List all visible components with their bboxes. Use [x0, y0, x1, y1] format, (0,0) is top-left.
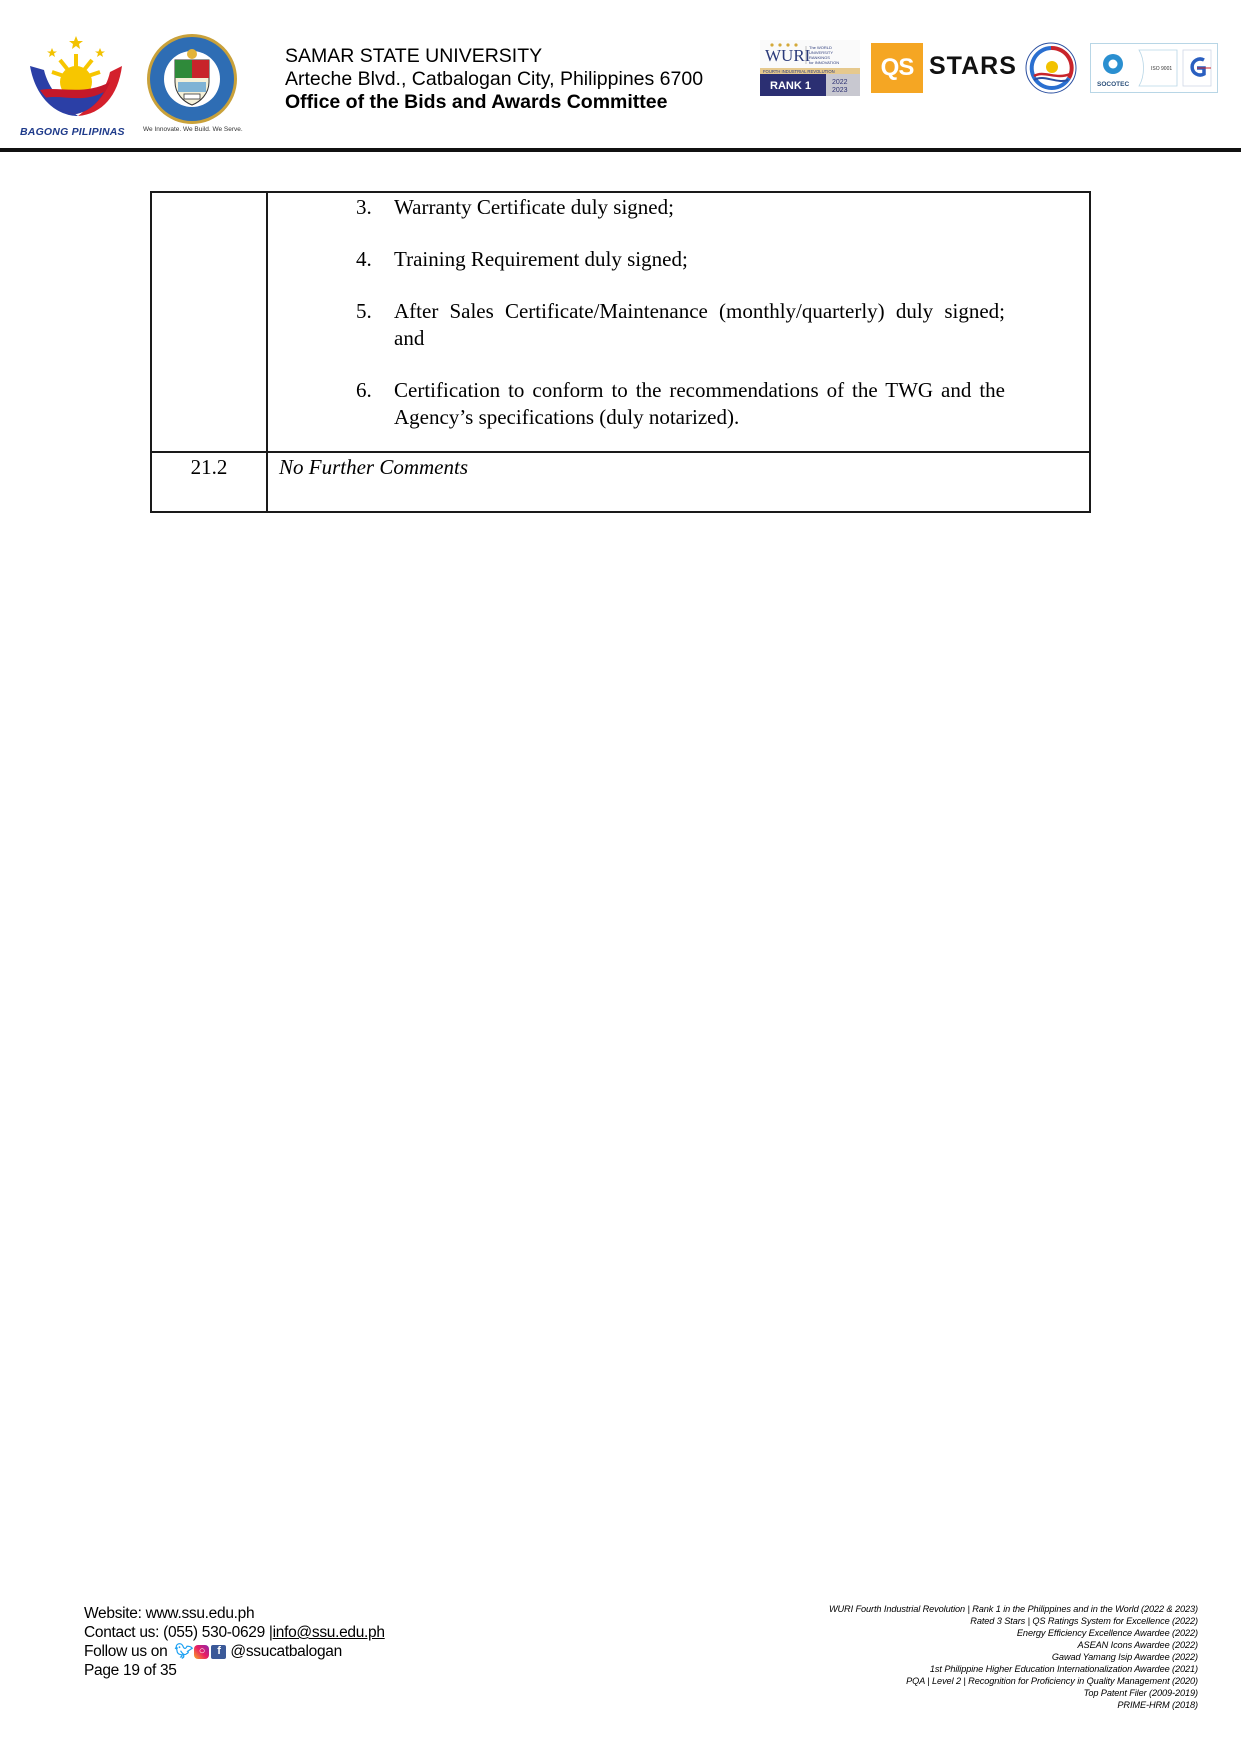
footer-handle: @ssucatbalogan	[230, 1642, 342, 1661]
qs-logo: QS	[871, 43, 923, 93]
footer-contact-line: Contact us: (055) 530-0629 | info@ssu.ed…	[84, 1623, 385, 1642]
socotec-badge-graphic: SOCOTEC ISO 9001	[1091, 44, 1217, 92]
qs-stars-label: STARS	[929, 52, 1017, 81]
svg-text:ISO 9001: ISO 9001	[1151, 66, 1172, 72]
svg-text:RANK 1: RANK 1	[770, 80, 811, 92]
svg-text:FOURTH INDUSTRIAL REVOLUTION: FOURTH INDUSTRIAL REVOLUTION	[763, 69, 835, 74]
svg-text:2022: 2022	[832, 79, 848, 86]
list-item: 6. Certification to conform to the recom…	[268, 377, 1005, 431]
award-line: Top Patent Filer (2009-2019)	[829, 1687, 1198, 1699]
requirements-cell: 3. Warranty Certificate duly signed; 4. …	[267, 192, 1090, 452]
award-line: Energy Efficiency Excellence Awardee (20…	[829, 1627, 1198, 1639]
office-name: Office of the Bids and Awards Committee	[285, 91, 703, 114]
philippine-quality-award-seal	[1024, 40, 1078, 96]
page-number: Page 19 of 35	[84, 1661, 385, 1680]
instagram-icon[interactable]: ○	[194, 1645, 209, 1659]
award-line: PRIME-HRM (2018)	[829, 1699, 1198, 1711]
social-icons: 🐦︎ ○ f	[175, 1645, 226, 1659]
institution-block: SAMAR STATE UNIVERSITY Arteche Blvd., Ca…	[285, 45, 703, 114]
svg-text:for INNOVATION: for INNOVATION	[809, 60, 839, 65]
socotec-iso-badge: SOCOTEC ISO 9001	[1090, 43, 1218, 93]
footer-follow-label: Follow us on	[84, 1642, 167, 1661]
list-item-text: Training Requirement duly signed;	[394, 247, 688, 271]
footer-follow-line: Follow us on 🐦︎ ○ f @ssucatbalogan	[84, 1642, 385, 1661]
award-line: Gawad Yamang Isip Awardee (2022)	[829, 1651, 1198, 1663]
footer-contact: Website: www.ssu.edu.ph Contact us: (055…	[84, 1604, 385, 1680]
svg-text:2023: 2023	[832, 87, 848, 94]
wuri-rank-badge: WURI The WORLDUNIVERSITYRANKINGSfor INNO…	[760, 40, 860, 96]
twitter-icon[interactable]: 🐦︎	[175, 1645, 192, 1659]
bagong-pilipinas-emblem-icon	[18, 30, 134, 126]
award-line: ASEAN Icons Awardee (2022)	[829, 1639, 1198, 1651]
list-item-text: Warranty Certificate duly signed;	[394, 195, 674, 219]
footer-website: Website: www.ssu.edu.ph	[84, 1604, 385, 1623]
table-row: 3. Warranty Certificate duly signed; 4. …	[151, 192, 1090, 452]
award-line: WURI Fourth Industrial Revolution | Rank…	[829, 1603, 1198, 1615]
footer-awards: WURI Fourth Industrial Revolution | Rank…	[829, 1603, 1198, 1711]
ssu-tagline: We Innovate. We Build. We Serve.	[143, 126, 243, 133]
facebook-icon[interactable]: f	[211, 1645, 226, 1659]
footer-phone: Contact us: (055) 530-0629 |	[84, 1623, 273, 1642]
award-line: PQA | Level 2 | Recognition for Proficie…	[829, 1675, 1198, 1687]
section-number-cell	[151, 192, 267, 452]
wuri-badge-graphic: WURI The WORLDUNIVERSITYRANKINGSfor INNO…	[760, 40, 860, 96]
list-item-text: After Sales Certificate/Maintenance (mon…	[394, 299, 1005, 350]
list-item-number: 4.	[356, 246, 372, 273]
ssu-seal-icon	[142, 32, 242, 126]
section-number-cell: 21.2	[151, 452, 267, 512]
award-line: Rated 3 Stars | QS Ratings System for Ex…	[829, 1615, 1198, 1627]
footer-email-link[interactable]: info@ssu.edu.ph	[273, 1623, 385, 1642]
requirements-list: 3. Warranty Certificate duly signed; 4. …	[268, 194, 1005, 431]
institution-address: Arteche Blvd., Catbalogan City, Philippi…	[285, 68, 703, 91]
list-item: 5. After Sales Certificate/Maintenance (…	[268, 298, 1005, 352]
requirements-table: 3. Warranty Certificate duly signed; 4. …	[150, 191, 1091, 513]
list-item-number: 3.	[356, 194, 372, 221]
list-item-number: 5.	[356, 298, 372, 325]
bagong-pilipinas-logo: BAGONG PILIPINAS	[18, 30, 134, 142]
list-item-text: Certification to conform to the recommen…	[394, 378, 1005, 429]
list-item: 3. Warranty Certificate duly signed;	[268, 194, 1005, 221]
list-item: 4. Training Requirement duly signed;	[268, 246, 1005, 273]
ssu-seal-logo: We Innovate. We Build. We Serve.	[142, 32, 242, 140]
institution-name: SAMAR STATE UNIVERSITY	[285, 45, 703, 68]
header-divider	[0, 148, 1241, 152]
bagong-pilipinas-caption: BAGONG PILIPINAS	[20, 126, 125, 138]
comment-cell: No Further Comments	[267, 452, 1090, 512]
letterhead: BAGONG PILIPINAS We Innovate. We Build. …	[0, 0, 1241, 152]
pqa-seal-icon	[1024, 40, 1078, 96]
award-line: 1st Philippine Higher Education Internat…	[829, 1663, 1198, 1675]
list-item-number: 6.	[356, 377, 372, 404]
table-row: 21.2 No Further Comments	[151, 452, 1090, 512]
svg-text:WURI: WURI	[765, 46, 811, 65]
svg-text:SOCOTEC: SOCOTEC	[1097, 81, 1129, 88]
